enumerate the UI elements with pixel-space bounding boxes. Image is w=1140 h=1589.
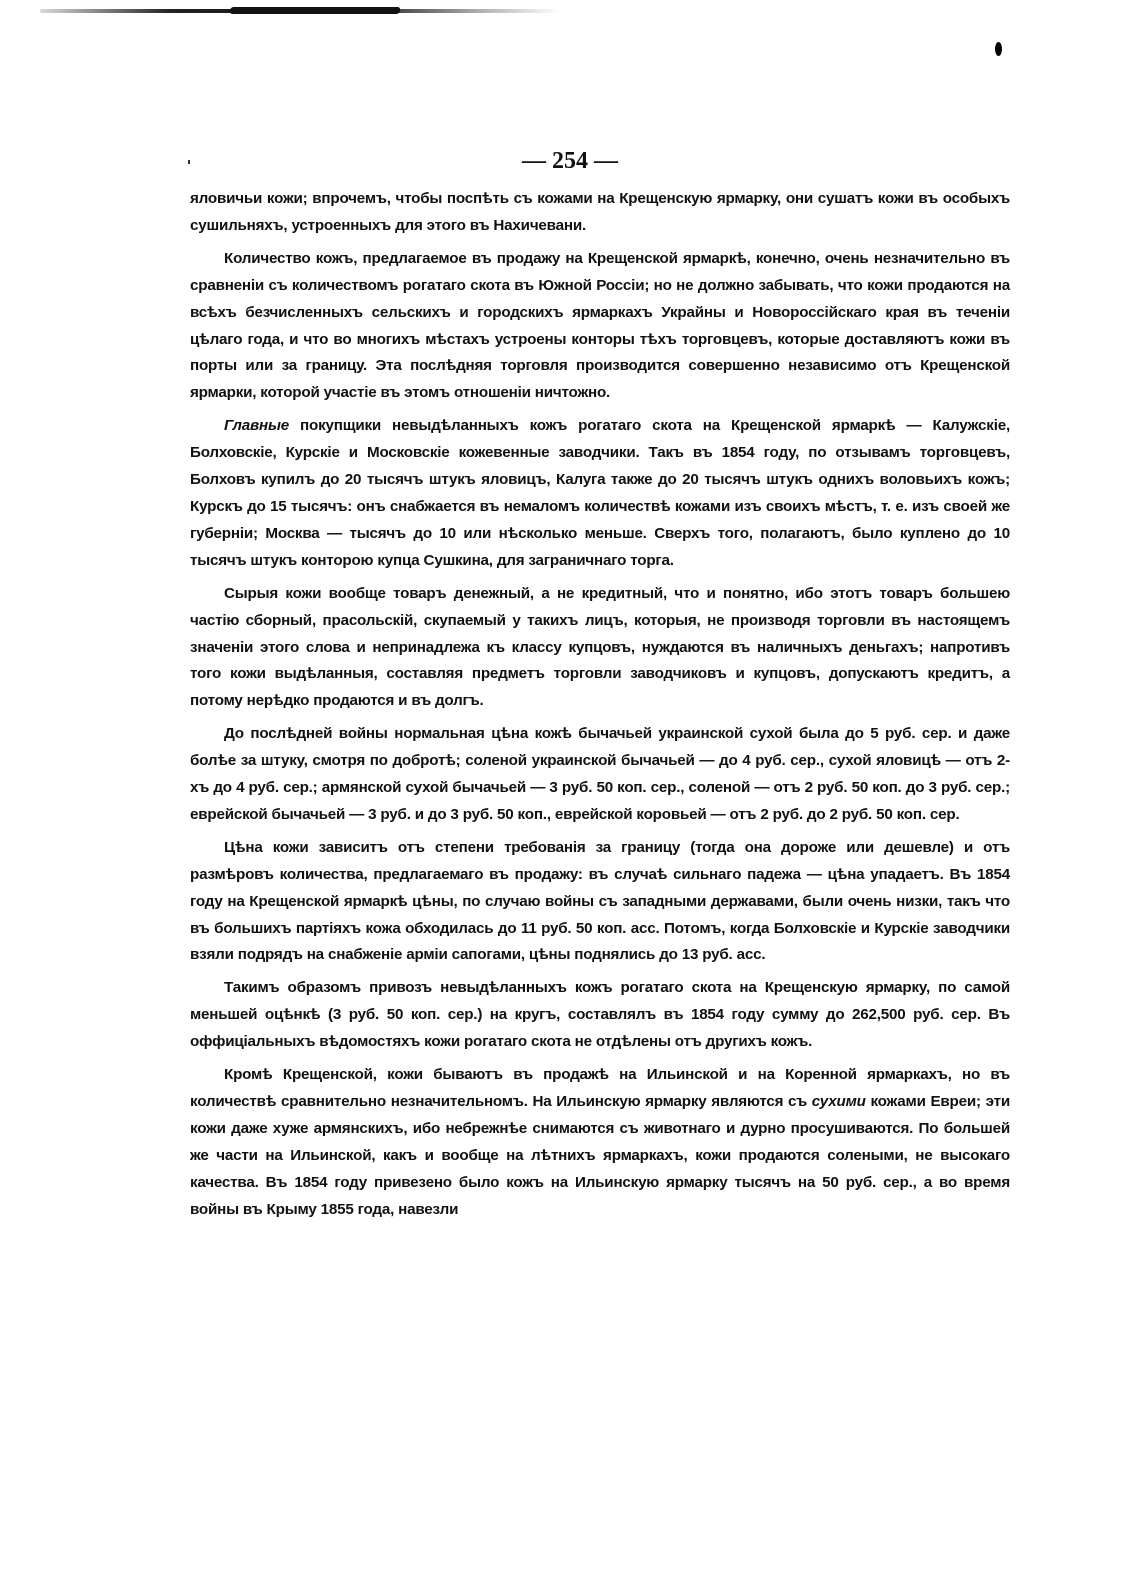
italic-word: сухими xyxy=(812,1093,866,1110)
paragraph-text: кожами Евреи; эти кожи даже хуже армянск… xyxy=(190,1093,1010,1218)
paragraph: До послѣдней войны нормальная цѣна кожѣ … xyxy=(190,721,1010,829)
paragraph: Цѣна кожи зависитъ отъ степени требовані… xyxy=(190,835,1010,970)
paragraph: Такимъ образомъ привозъ невыдѣланныхъ ко… xyxy=(190,975,1010,1056)
paragraph: яловичьи кожи; впрочемъ, чтобы поспѣть с… xyxy=(190,186,1010,240)
scan-artifact-smudge xyxy=(229,7,400,14)
paragraph: Кромѣ Крещенской, кожи бываютъ въ продаж… xyxy=(190,1062,1010,1223)
page-number: — 254 — xyxy=(0,148,1140,175)
body-text: яловичьи кожи; впрочемъ, чтобы поспѣть с… xyxy=(190,186,1010,1230)
paragraph-text: покупщики невыдѣланныхъ кожъ рогатаго ск… xyxy=(190,417,1010,569)
paragraph: Сырыя кожи вообще товаръ денежный, а не … xyxy=(190,581,1010,716)
paragraph: Главные покупщики невыдѣланныхъ кожъ рог… xyxy=(190,413,1010,574)
italic-lead-word: Главные xyxy=(224,417,289,434)
scan-artifact-dot xyxy=(995,42,1002,56)
paragraph: Количество кожъ, предлагаемое въ продажу… xyxy=(190,246,1010,407)
